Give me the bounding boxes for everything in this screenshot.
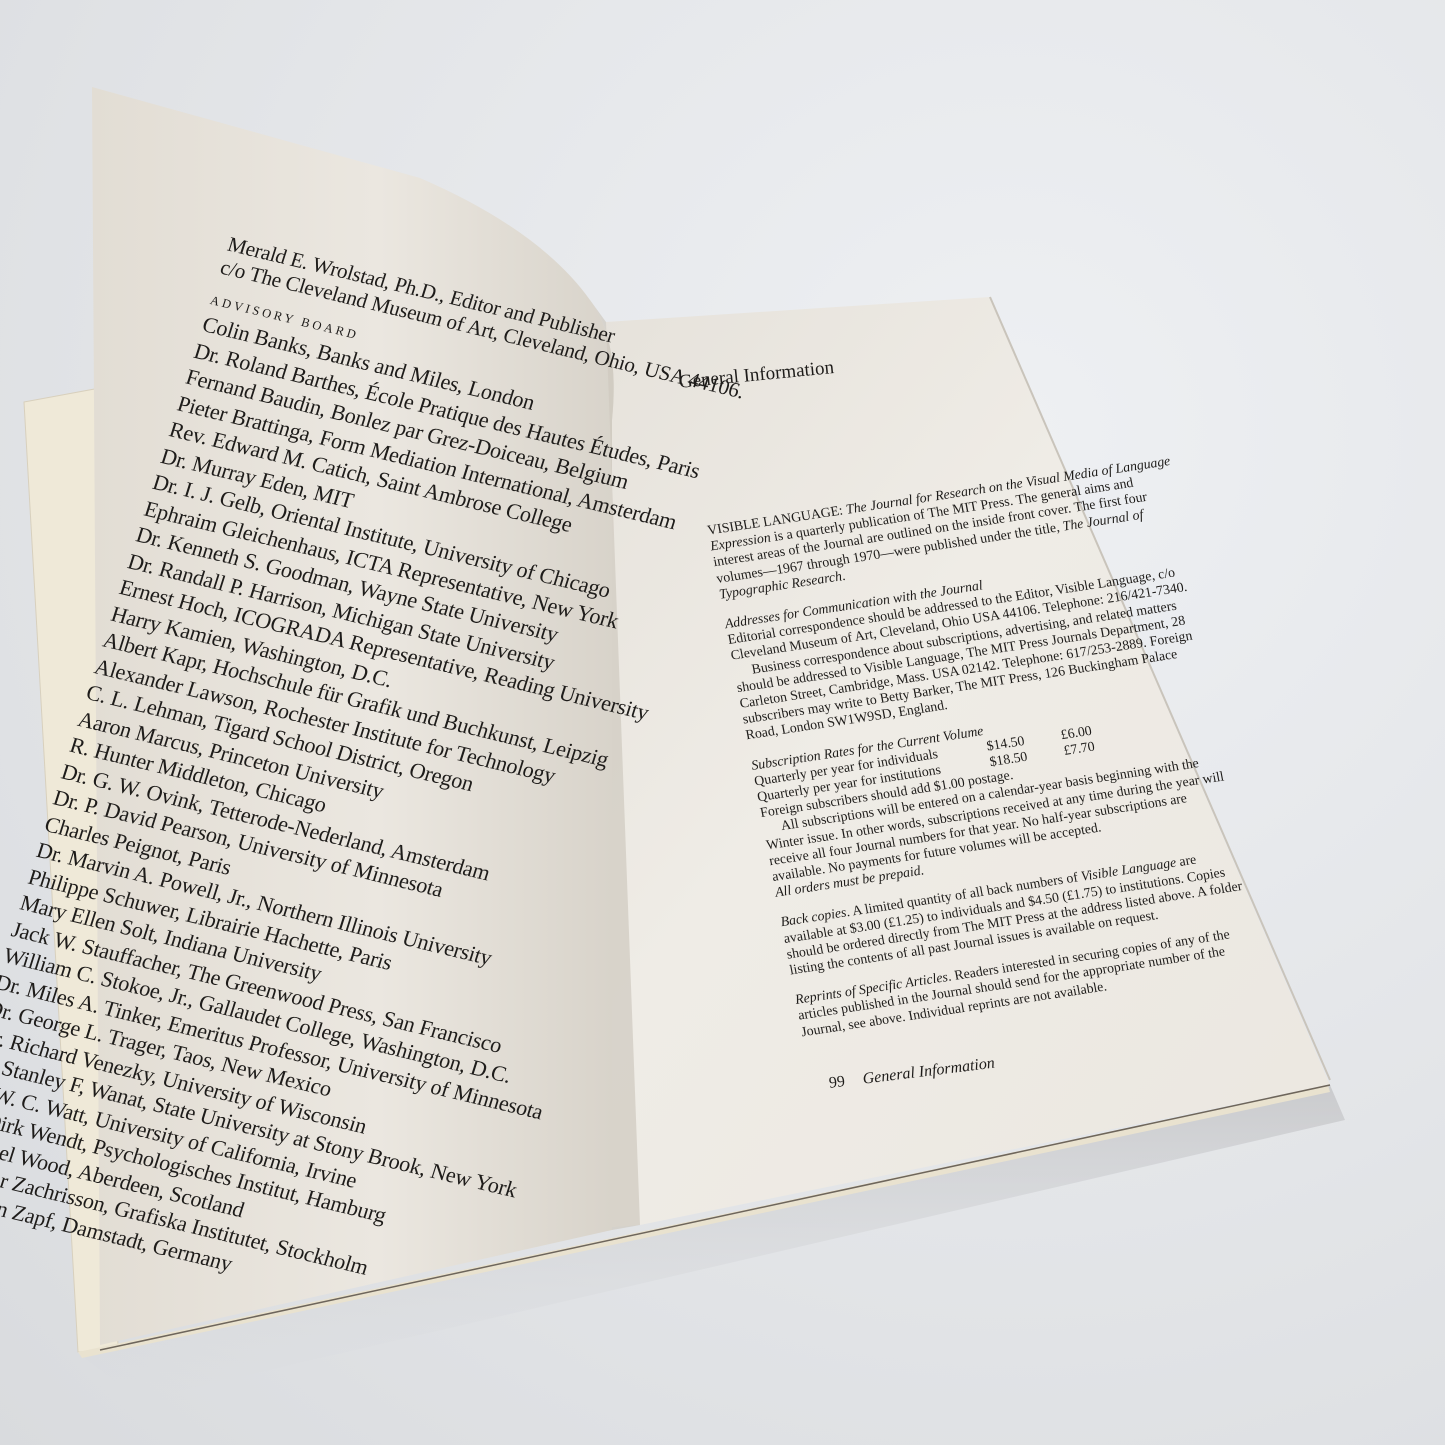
page-number: 99 xyxy=(828,1073,846,1092)
photo-scene: Merald E. Wrolstad, Ph.D., Editor and Pu… xyxy=(0,0,1445,1445)
right-page-text: VISIBLE LANGUAGE: The Journal for Resear… xyxy=(706,453,1268,1041)
